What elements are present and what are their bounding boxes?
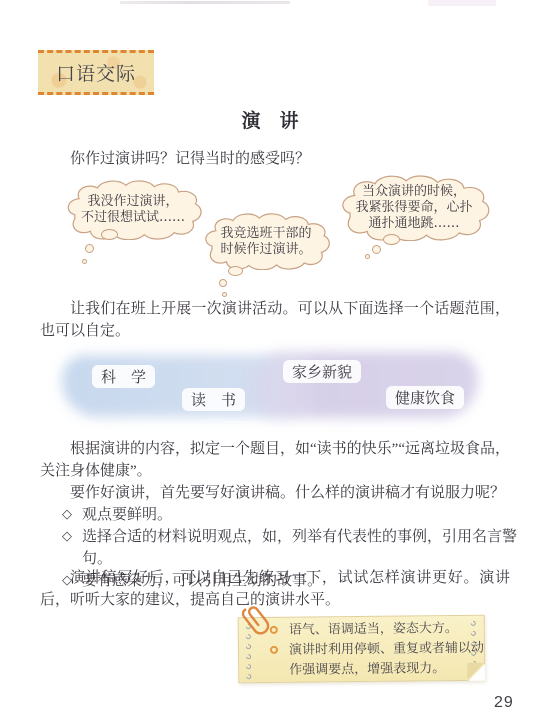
topic-science: 科 学 <box>92 365 155 388</box>
page-number: 29 <box>494 694 514 712</box>
section-badge: 口语交际 <box>38 50 154 95</box>
tips-list-item: ◇ 选择合适的材料说明观点，如，列举有代表性的事例，引用名言警句。 <box>40 525 518 569</box>
note-line-1: 语气、语调适当，姿态大方。 <box>289 619 458 641</box>
tip-text: 选择合适的材料说明观点，如，列举有代表性的事例，引用名言警句。 <box>82 525 518 569</box>
textbook-page: 口语交际 演 讲 你作过演讲吗？记得当时的感受吗？ 我没作过演讲， 不过很想试试… <box>0 0 540 724</box>
bubble-2-line1: 我竞选班干部的 <box>220 226 311 242</box>
bubble-2-trail-dot <box>219 279 227 287</box>
note-hole-icon <box>245 663 252 670</box>
bubble-1-trail-dot <box>82 259 87 264</box>
bubble-3-trail-dot <box>365 254 370 259</box>
note-hole-icon <box>470 630 477 637</box>
topic-reading: 读 书 <box>182 388 245 411</box>
topic-hometown: 家乡新貌 <box>283 360 361 383</box>
thought-bubble-3: 当众演讲的时候， 我紧张得要命，心扑 通扑通地跳…… <box>336 175 492 241</box>
bubble-2-text: 我竞选班干部的 时候作过演讲。 <box>200 213 332 270</box>
bubble-3-text: 当众演讲的时候， 我紧张得要命，心扑 通扑通地跳…… <box>336 175 492 241</box>
bubble-1-text: 我没作过演讲， 不过很想试试…… <box>62 180 204 240</box>
diamond-bullet-icon: ◇ <box>62 525 72 569</box>
note-bullet-icon <box>270 646 278 654</box>
section-badge-label: 口语交际 <box>56 59 136 86</box>
topic-healthy-diet: 健康饮食 <box>386 386 464 409</box>
bubble-2-trail-dot <box>222 292 227 297</box>
scan-artifact <box>428 0 496 6</box>
lesson-title: 演 讲 <box>0 106 540 133</box>
tip-text: 观点要鲜明。 <box>82 503 172 525</box>
bubble-3-line3: 通扑通地跳…… <box>368 216 459 232</box>
note-line-2: 演讲时利用停顿、重复或者辅以动 <box>289 639 484 661</box>
note-hole-icon <box>245 673 252 680</box>
bubble-2-trail-dot <box>228 266 243 276</box>
thought-bubble-1: 我没作过演讲， 不过很想试试…… <box>62 180 204 240</box>
scan-artifact <box>120 1 290 4</box>
paragraph-draft-question: 要作好演讲，首先要写好演讲稿。什么样的演讲稿才有说服力呢？ <box>40 482 510 504</box>
paragraph-activity: 让我们在班上开展一次演讲活动。可以从下面选择一个话题范围，也可以自定。 <box>40 298 510 342</box>
tips-list-item: ◇ 观点要鲜明。 <box>40 503 518 525</box>
paragraph-topic-title: 根据演讲的内容，拟定一个题目，如“读书的快乐”“远离垃圾食品，关注身体健康”。 <box>40 438 510 482</box>
bubble-3-trail-dot <box>372 245 381 254</box>
bubble-1-line2: 不过很想试试…… <box>81 210 185 226</box>
thought-bubble-2: 我竞选班干部的 时候作过演讲。 <box>200 213 332 270</box>
note-corner-cut <box>468 664 485 681</box>
bubble-1-trail-dot <box>85 244 94 253</box>
bubble-3-trail-dot <box>383 234 400 245</box>
intro-question: 你作过演讲吗？记得当时的感受吗？ <box>40 148 510 170</box>
diamond-bullet-icon: ◇ <box>62 503 72 525</box>
bubble-3-line1: 当众演讲的时候， <box>362 184 466 200</box>
note-hole-icon <box>245 653 252 660</box>
bubble-1-trail-dot <box>101 229 118 240</box>
note-hole-icon <box>245 633 252 640</box>
note-hole-icon <box>245 643 252 650</box>
bubble-3-line2: 我紧张得要命，心扑 <box>355 200 472 216</box>
bubble-1-line1: 我没作过演讲， <box>87 194 178 210</box>
note-hole-icon <box>470 620 477 627</box>
bubble-2-line2: 时候作过演讲。 <box>220 242 311 258</box>
paragraph-practice: 演讲稿写好后，可以自己先练习一下，试试怎样演讲更好。演讲后，听听大家的建议，提高… <box>40 567 510 611</box>
note-line-3: 作强调要点，增强表现力。 <box>289 659 445 681</box>
